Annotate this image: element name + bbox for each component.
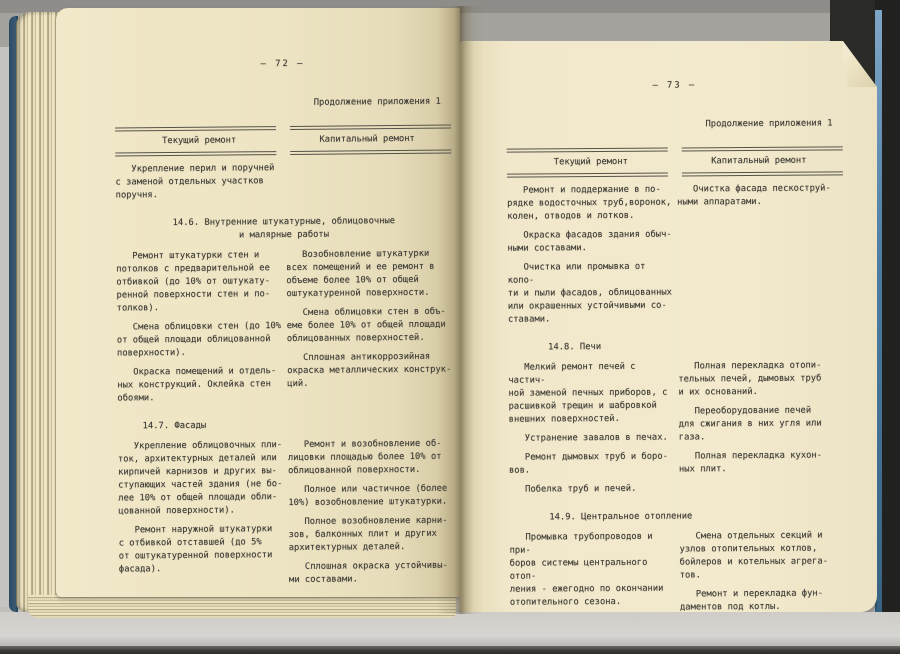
paragraph: Ремонт и перекладка фун- даментов под ко… (680, 587, 846, 614)
page-number: — 73 — (506, 78, 842, 93)
page-number: — 72 — (114, 57, 450, 73)
column-header-current-repair: Текущий ремонт (115, 134, 283, 148)
section-heading-14-7: 14.7. Фасады (118, 418, 454, 434)
section-heading-14-8: 14.8. Печи (508, 339, 844, 354)
table-section: Ремонт штукатурки стен и потолков с пред… (116, 248, 453, 412)
current-repair-column: Укрепление облицовочных пли- ток, архите… (118, 439, 285, 594)
paragraph: Полное возобновление карни- зов, балконн… (288, 515, 454, 555)
paragraph: Мелкий ремонт печей с частич- ной замено… (508, 361, 674, 427)
continuation-note: Продолжение приложения 1 (115, 96, 451, 112)
table-body: Ремонт и поддержание в по- рядке водосто… (507, 182, 846, 647)
paragraph: Полная перекладка отопи- тельных печей, … (678, 359, 844, 399)
table-body: Укрепление перил и поручней с заменой от… (115, 161, 455, 595)
page-73: — 73 — Продолжение приложения 1 Текущий … (460, 41, 877, 612)
paragraph: Промывка трубопроводов и при- боров сист… (509, 531, 676, 610)
paragraph: Сплошная антикоррозийная окраска металли… (287, 351, 453, 391)
paragraph: Сплошная окраска устойчивы- ми составами… (289, 560, 455, 587)
paragraph: Побелка труб и печей. (509, 483, 675, 497)
paragraph: Устранение завалов в печах. (509, 432, 675, 446)
column-header-current-repair: Текущий ремонт (507, 156, 675, 170)
capital-repair-column: Ремонт и возобновление об- лицовки площа… (288, 438, 455, 593)
table-section: Ремонт и поддержание в по- рядке водосто… (507, 182, 844, 332)
current-repair-column: Ремонт и поддержание в по- рядке водосто… (507, 184, 674, 333)
table-section: Мелкий ремонт печей с частич- ной замено… (508, 359, 845, 502)
table-rule-bottom (507, 171, 843, 177)
table-rule-bottom (115, 150, 451, 157)
column-header-capital-repair: Капитальный ремонт (283, 133, 451, 147)
paragraph: Переоборудование печей для сжигания в ни… (679, 404, 845, 444)
capital-repair-column: Возобновление штукатурки всех помещений … (286, 248, 453, 410)
continuation-note: Продолжение приложения 1 (507, 117, 843, 132)
section-heading-14-9: 14.9. Центральное отопление (509, 509, 845, 524)
paragraph: Окраска фасадов здания обыч- ными состав… (507, 229, 673, 256)
paragraph: Полное или частичное (более 10%) возобно… (288, 483, 454, 510)
paragraph: Укрепление перил и поручней с заменой от… (115, 162, 281, 202)
page-73-content: — 73 — Продолжение приложения 1 Текущий … (460, 38, 846, 648)
current-repair-column: Ремонт штукатурки стен и потолков с пред… (116, 249, 283, 411)
paragraph: Ремонт наружной штукатурки с отбивкой от… (119, 523, 285, 576)
table-rule-top (507, 146, 843, 152)
current-repair-column: Мелкий ремонт печей с частич- ной замено… (508, 361, 675, 503)
column-header-capital-repair: Капитальный ремонт (675, 154, 843, 168)
paragraph: Ремонт дымовых труб и боро- вов. (509, 451, 675, 478)
scanner-background-bottom-shadow (0, 646, 900, 654)
page-72-content: — 72 — Продолжение приложения 1 Текущий … (56, 5, 455, 595)
paragraph: Ремонт штукатурки стен и потолков с пред… (116, 249, 283, 315)
paragraph: Очистка или промывка от копо- ти и пыли … (508, 261, 674, 327)
paragraph: Ремонт и поддержание в по- рядке водосто… (507, 184, 673, 224)
paragraph: Возобновление штукатурки всех помещений … (286, 248, 452, 301)
capital-repair-column (285, 161, 451, 207)
table-section: Укрепление перил и поручней с заменой от… (115, 161, 451, 209)
section-heading-14-6: 14.6. Внутренние штукатурные, облицовочн… (116, 215, 452, 244)
table-rule-top (115, 125, 451, 132)
table-section: Укрепление облицовочных пли- ток, архите… (118, 438, 455, 595)
paragraph: Очистка фасада пескоструй- ными аппарата… (677, 182, 843, 209)
capital-repair-column: Полная перекладка отопи- тельных печей, … (678, 359, 845, 501)
table-header: Текущий ремонт Капитальный ремонт (115, 133, 451, 149)
paragraph: Смена облицовки стен в объ- еме более 10… (287, 306, 453, 346)
paragraph: Смена облицовки стен (до 10% от общей пл… (117, 320, 283, 360)
table-header: Текущий ремонт Капитальный ремонт (507, 154, 843, 169)
page-stack-edges-bottom (28, 595, 456, 618)
paragraph: Ремонт и возобновление об- лицовки площа… (288, 438, 454, 478)
paragraph: Смена отдельных секций и узлов отопитель… (679, 529, 845, 582)
page-72: — 72 — Продолжение приложения 1 Текущий … (56, 8, 460, 597)
paragraph: Укрепление облицовочных пли- ток, архите… (118, 439, 285, 518)
capital-repair-column: Очистка фасада пескоструй- ными аппарата… (677, 182, 844, 331)
paragraph: Полная перекладка кухон- ных плит. (679, 449, 845, 476)
paragraph: Окраска помещений и отдель- ных конструк… (117, 365, 283, 405)
current-repair-column: Укрепление перил и поручней с заменой от… (115, 162, 281, 208)
